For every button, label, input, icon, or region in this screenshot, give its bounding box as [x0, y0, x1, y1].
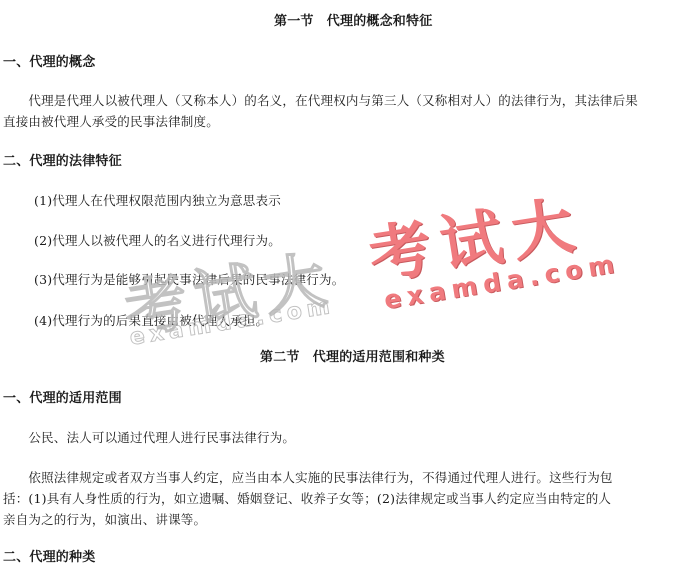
watermark-red-logo: 考试大 — [362, 174, 589, 296]
section-2-title: 第二节 代理的适用范围和种类 — [260, 350, 445, 366]
document-page: 第一节 代理的概念和特征 一、代理的概念 代理是代理人以被代理人（又称本人）的名… — [0, 0, 689, 567]
feature-item-3: (3)代理行为是能够引起民事法律后果的民事法律行为。 — [34, 272, 344, 288]
feature-item-1: (1)代理人在代理权限范围内独立为意思表示 — [34, 193, 281, 209]
feature-item-2: (2)代理人以被代理人的名义进行代理行为。 — [34, 233, 281, 249]
section-2-part-1-paragraph-2-line-3: 亲自为之的行为，如演出、讲课等。 — [3, 512, 206, 528]
section-2-part-1-paragraph-2-line-1: 依照法律规定或者双方当事人约定，应当由本人实施的民事法律行为，不得通过代理人进行… — [3, 470, 613, 486]
watermark-red-url: examda.com — [382, 249, 622, 315]
section-1-part-2-heading: 二、代理的法律特征 — [3, 154, 122, 170]
section-1-part-1-heading: 一、代理的概念 — [3, 55, 95, 71]
section-1-part-1-paragraph-line-1: 代理是代理人以被代理人（又称本人）的名义，在代理权内与第三人（又称相对人）的法律… — [3, 93, 638, 109]
section-2-part-1-heading: 一、代理的适用范围 — [3, 391, 122, 407]
feature-item-4: (4)代理行为的后果直接由被代理人承担。 — [34, 313, 268, 329]
section-2-part-1-paragraph-2-line-2: 括：(1)具有人身性质的行为，如立遗嘱、婚姻登记、收养子女等；(2)法律规定或当… — [3, 491, 611, 507]
section-2-part-2-heading: 二、代理的种类 — [3, 550, 95, 566]
section-1-title: 第一节 代理的概念和特征 — [274, 14, 432, 30]
section-2-part-1-paragraph-1: 公民、法人可以通过代理人进行民事法律行为。 — [3, 430, 295, 446]
section-1-part-1-paragraph-line-2: 直接由被代理人承受的民事法律制度。 — [3, 114, 219, 130]
